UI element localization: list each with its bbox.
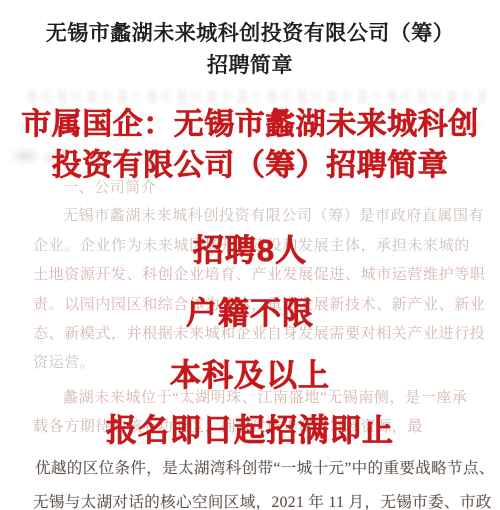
document-title: 无锡市蠡湖未来城科创投资有限公司（筹） 招聘简章 bbox=[0, 17, 500, 81]
doc-line: 无锡与太湖对话的核心空间区域，2021 年 11 月，无锡市委、市政 bbox=[33, 492, 492, 510]
faded-text-band bbox=[28, 90, 486, 103]
doc-line: 优越的区位条件，是太湖湾科创带“一城十元”中的重要战略节点、 bbox=[35, 458, 495, 479]
red-banner-line1: 市属国企：无锡市蠡湖未来城科创 bbox=[0, 104, 500, 145]
recruitment-subtitle: 招聘简章 bbox=[0, 49, 500, 81]
red-banner: 市属国企：无锡市蠡湖未来城科创 投资有限公司（筹）招聘简章 bbox=[0, 104, 500, 186]
doc-line: 无锡市蠡湖未来城科创投资有限公司（筹）是市政府直属国有 bbox=[63, 206, 484, 226]
highlight-headcount: 招聘8人 bbox=[0, 225, 500, 270]
red-banner-line2: 投资有限公司（筹）招聘简章 bbox=[0, 145, 500, 186]
company-name-title: 无锡市蠡湖未来城科创投资有限公司（筹） bbox=[0, 17, 500, 49]
highlight-deadline: 报名即日起招满即止 bbox=[0, 405, 500, 450]
highlight-hukou: 户籍不限 bbox=[0, 288, 500, 333]
announcement-page: 无锡市蠡湖未来城科创投资有限公司（筹） 招聘简章 一、公司简介 无锡市蠡湖未来城… bbox=[0, 0, 500, 510]
highlight-education: 本科及以上 bbox=[0, 350, 500, 395]
